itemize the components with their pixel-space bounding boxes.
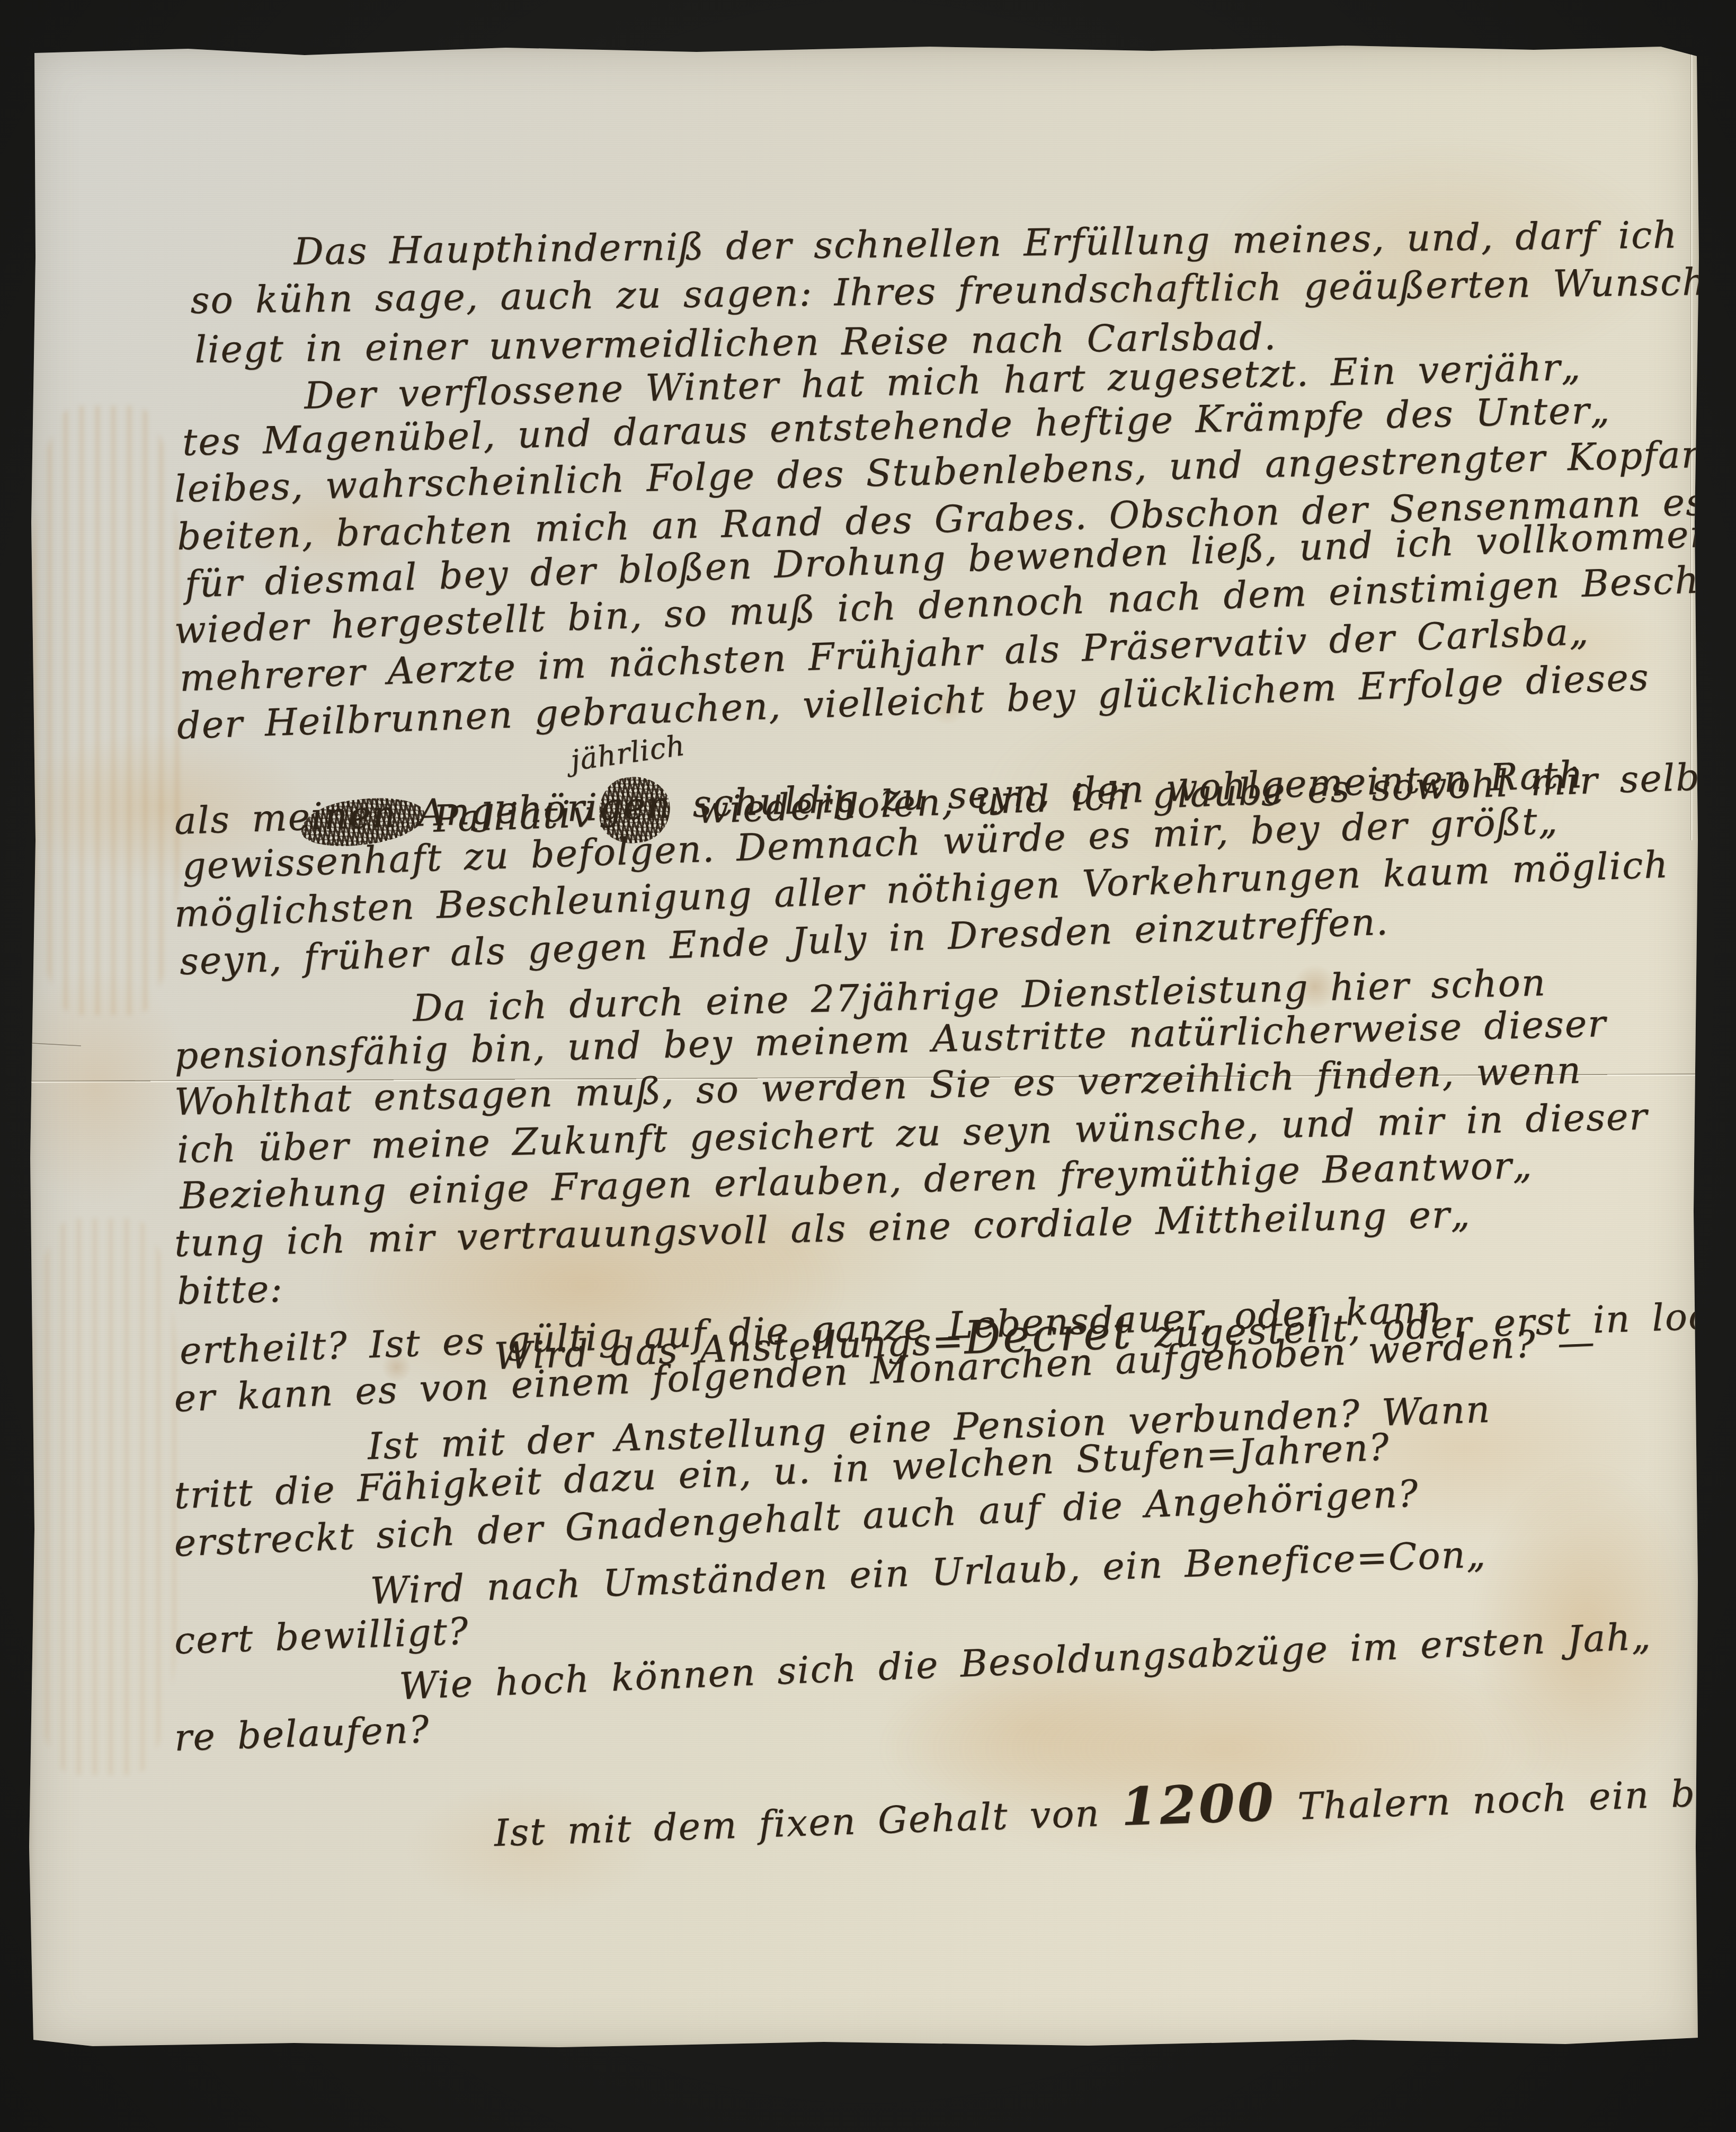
letter-scan: Das Haupthinderniß der schnellen Erfüllu…: [0, 0, 1736, 2132]
paper-tear: [29, 1043, 81, 1047]
paper-sheet: Das Haupthinderniß der schnellen Erfüllu…: [29, 46, 1699, 2048]
salary-amount: 1200: [1120, 1772, 1277, 1838]
line-text: Wie hoch können sich die Besoldungsabzüg…: [398, 1614, 1652, 1708]
line-text: cert bewilligt?: [173, 1610, 469, 1663]
line-text: re belaufen?: [173, 1708, 430, 1760]
handwritten-line-salary: Ist mit dem fixen Gehalt von 1200 Thaler…: [364, 1724, 1736, 1896]
handwritten-line: bitte:: [176, 1270, 283, 1310]
line-text: Ist mit dem fixen Gehalt von: [493, 1791, 1122, 1855]
line-text: Thalern noch ein be„: [1276, 1770, 1736, 1829]
handwritten-line: cert bewilligt?: [174, 1613, 470, 1659]
handwritten-line: Wie hoch können sich die Besoldungsabzüg…: [398, 1618, 1652, 1705]
bleedthrough-stain: [29, 1219, 177, 1775]
inserted-word-above-line: jährlich: [569, 731, 687, 775]
handwritten-line: Das Haupthinderniß der schnellen Erfüllu…: [293, 216, 1678, 270]
line-text: bitte:: [176, 1267, 283, 1313]
handwritten-line: re belaufen?: [174, 1711, 431, 1756]
bleedthrough-stain: [32, 406, 180, 1015]
